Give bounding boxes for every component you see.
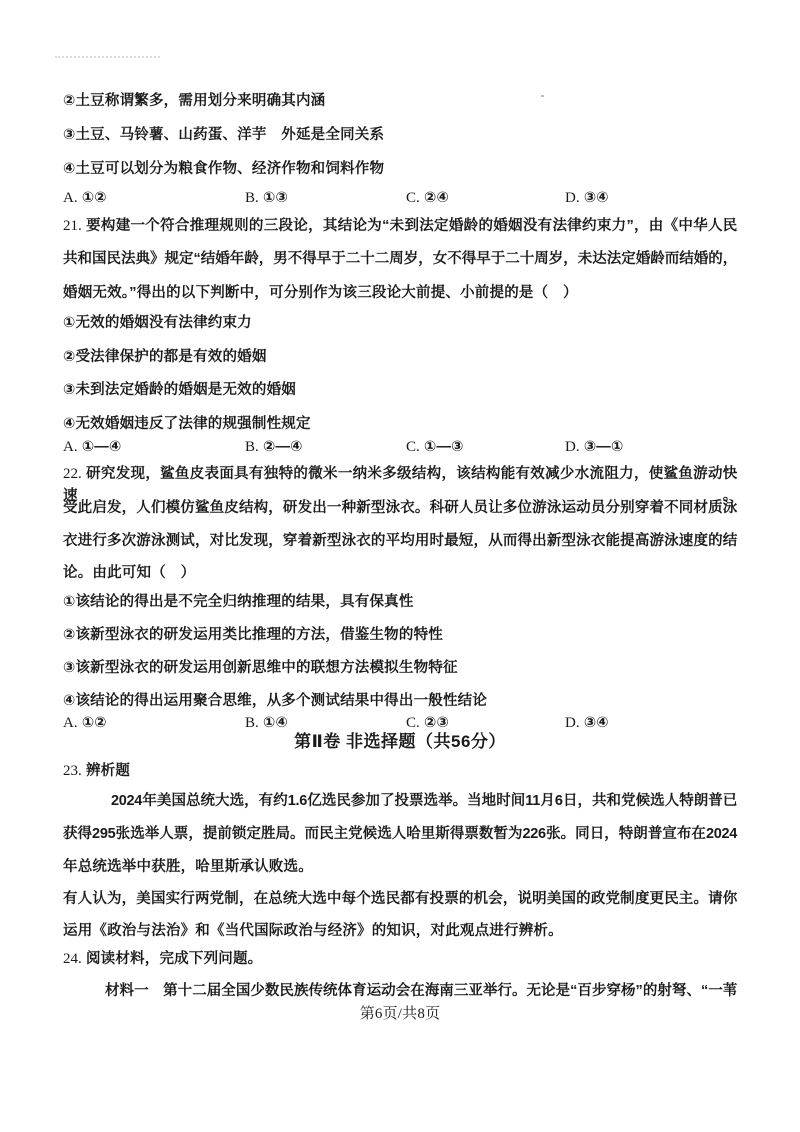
- q20-option-c-label: C.: [406, 190, 420, 206]
- q20-option-d-value: ③④: [584, 190, 609, 206]
- q21-option-b-value: ②—④: [263, 439, 303, 455]
- q22-statement-1: ①该结论的得出是不完全归纳推理的结果，具有保真性: [63, 591, 737, 613]
- q22-stem-line-4: 论。由此可知（ ）: [63, 562, 737, 584]
- q24-number: 24.: [63, 951, 82, 967]
- q20-statement-4: ④土豆可以划分为粮食作物、经济作物和饲料作物: [63, 158, 737, 180]
- q23-paragraph1-line2: 获得295张选举人票，提前锁定胜局。而民主党候选人哈里斯得票数暂为226张。同日…: [63, 823, 737, 845]
- q21-statement-4: ④无效婚姻违反了法律的规强制性规定: [63, 413, 737, 435]
- q22-option-a-value: ①②: [82, 715, 107, 731]
- scan-artifact-dotted-line: [55, 56, 160, 58]
- q23-title: 辨析题: [86, 763, 130, 779]
- q20-option-a-label: A.: [63, 190, 78, 206]
- q22-option-d-value: ③④: [584, 715, 609, 731]
- q21-statement-2: ②受法律保护的都是有效的婚姻: [63, 346, 737, 368]
- q22-statement-2: ②该新型泳衣的研发运用类比推理的方法，借鉴生物的特性: [63, 624, 737, 646]
- section-2-header: 第Ⅱ卷 非选择题（共56分）: [63, 731, 737, 753]
- q21-option-a-value: ①—④: [82, 439, 122, 455]
- q22-option-a-label: A.: [63, 715, 78, 731]
- q20-option-b-value: ①③: [263, 190, 288, 206]
- q20-option-d: D. ③④: [565, 187, 609, 209]
- q23-number: 23.: [63, 763, 82, 779]
- q21-number: 21.: [63, 218, 82, 234]
- q21-stem-line-1: 21. 要构建一个符合推理规则的三段论，其结论为“未到法定婚龄的婚姻没有法律约束…: [63, 215, 737, 237]
- q24-title: 阅读材料，完成下列问题。: [86, 951, 262, 967]
- q24-material1-line1: 材料一 第十二届全国少数民族传统体育运动会在海南三亚举行。无论是“百步穿杨”的射…: [63, 980, 737, 1002]
- q22-option-b-value: ①④: [263, 715, 288, 731]
- q22-number: 22.: [63, 466, 82, 482]
- q20-option-b: B. ①③: [245, 187, 288, 209]
- q21-option-c: C. ①—③: [406, 436, 464, 458]
- exam-page: ②土豆称谓繁多，需用划分来明确其内涵 ③土豆、马铃薯、山药蛋、洋芋 外延是全同关…: [0, 0, 800, 1132]
- q21-statement-1: ①无效的婚姻没有法律约束力: [63, 312, 737, 334]
- q22-option-c-label: C.: [406, 715, 420, 731]
- q21-stem-text-1: 要构建一个符合推理规则的三段论，其结论为“未到法定婚龄的婚姻没有法律约束力”，由…: [86, 218, 737, 234]
- q20-option-a-value: ①②: [82, 190, 107, 206]
- q21-option-d-label: D.: [565, 439, 580, 455]
- q22-stem-line-3: 衣进行多次游泳测试，对比发现，穿着新型泳衣的平均用时最短，从而得出新型泳衣能提高…: [63, 530, 737, 552]
- q21-option-d: D. ③—①: [565, 436, 623, 458]
- q22-stem-line-2: 受此启发，人们模仿鲨鱼皮结构，研发出一种新型泳衣。科研人员让多位游泳运动员分别穿…: [63, 497, 737, 519]
- q21-option-b-label: B.: [245, 439, 259, 455]
- q21-option-d-value: ③—①: [584, 439, 624, 455]
- q21-option-c-label: C.: [406, 439, 420, 455]
- q22-option-d-label: D.: [565, 715, 580, 731]
- q22-statement-3: ③该新型泳衣的研发运用创新思维中的联想方法模拟生物特征: [63, 657, 737, 679]
- footer-page-indicator: 第6页/共8页: [63, 1003, 737, 1025]
- q23-title-line: 23. 辨析题: [63, 760, 737, 782]
- q20-statement-3: ③土豆、马铃薯、山药蛋、洋芋 外延是全同关系: [63, 124, 737, 146]
- q20-option-c: C. ②④: [406, 187, 449, 209]
- q23-paragraph1-line3: 年总统选举中获胜，哈里斯承认败选。: [63, 856, 737, 878]
- q21-stem-line-2: 共和国民法典》规定“结婚年龄，男不得早于二十二周岁，女不得早于二十周岁，未达法定…: [63, 248, 737, 270]
- q23-paragraph2-line2: 运用《政治与法治》和《当代国际政治与经济》的知识，对此观点进行辨析。: [63, 920, 737, 942]
- q21-stem-line-3: 婚姻无效。”得出的以下判断中，可分别作为该三段论大前提、小前提的是（ ）: [63, 282, 737, 304]
- q24-title-line: 24. 阅读材料，完成下列问题。: [63, 948, 737, 970]
- q21-option-a: A. ①—④: [63, 436, 121, 458]
- q22-statement-4: ④该结论的得出运用聚合思维，从多个测试结果中得出一般性结论: [63, 690, 737, 712]
- q20-statement-2: ②土豆称谓繁多，需用划分来明确其内涵: [63, 90, 737, 112]
- q23-paragraph2-line1: 有人认为，美国实行两党制，在总统大选中每个选民都有投票的机会，说明美国的政党制度…: [63, 888, 737, 910]
- q20-option-a: A. ①②: [63, 187, 107, 209]
- q21-option-a-label: A.: [63, 439, 78, 455]
- q23-paragraph1-line1: 2024年美国总统大选，有约1.6亿选民参加了投票选举。当地时间11月6日，共和…: [63, 790, 737, 812]
- q20-option-d-label: D.: [565, 190, 580, 206]
- q22-option-c-value: ②③: [424, 715, 449, 731]
- q20-option-c-value: ②④: [424, 190, 449, 206]
- q20-option-b-label: B.: [245, 190, 259, 206]
- q21-option-b: B. ②—④: [245, 436, 303, 458]
- q22-option-b-label: B.: [245, 715, 259, 731]
- q21-option-c-value: ①—③: [424, 439, 464, 455]
- q21-statement-3: ③未到法定婚龄的婚姻是无效的婚姻: [63, 379, 737, 401]
